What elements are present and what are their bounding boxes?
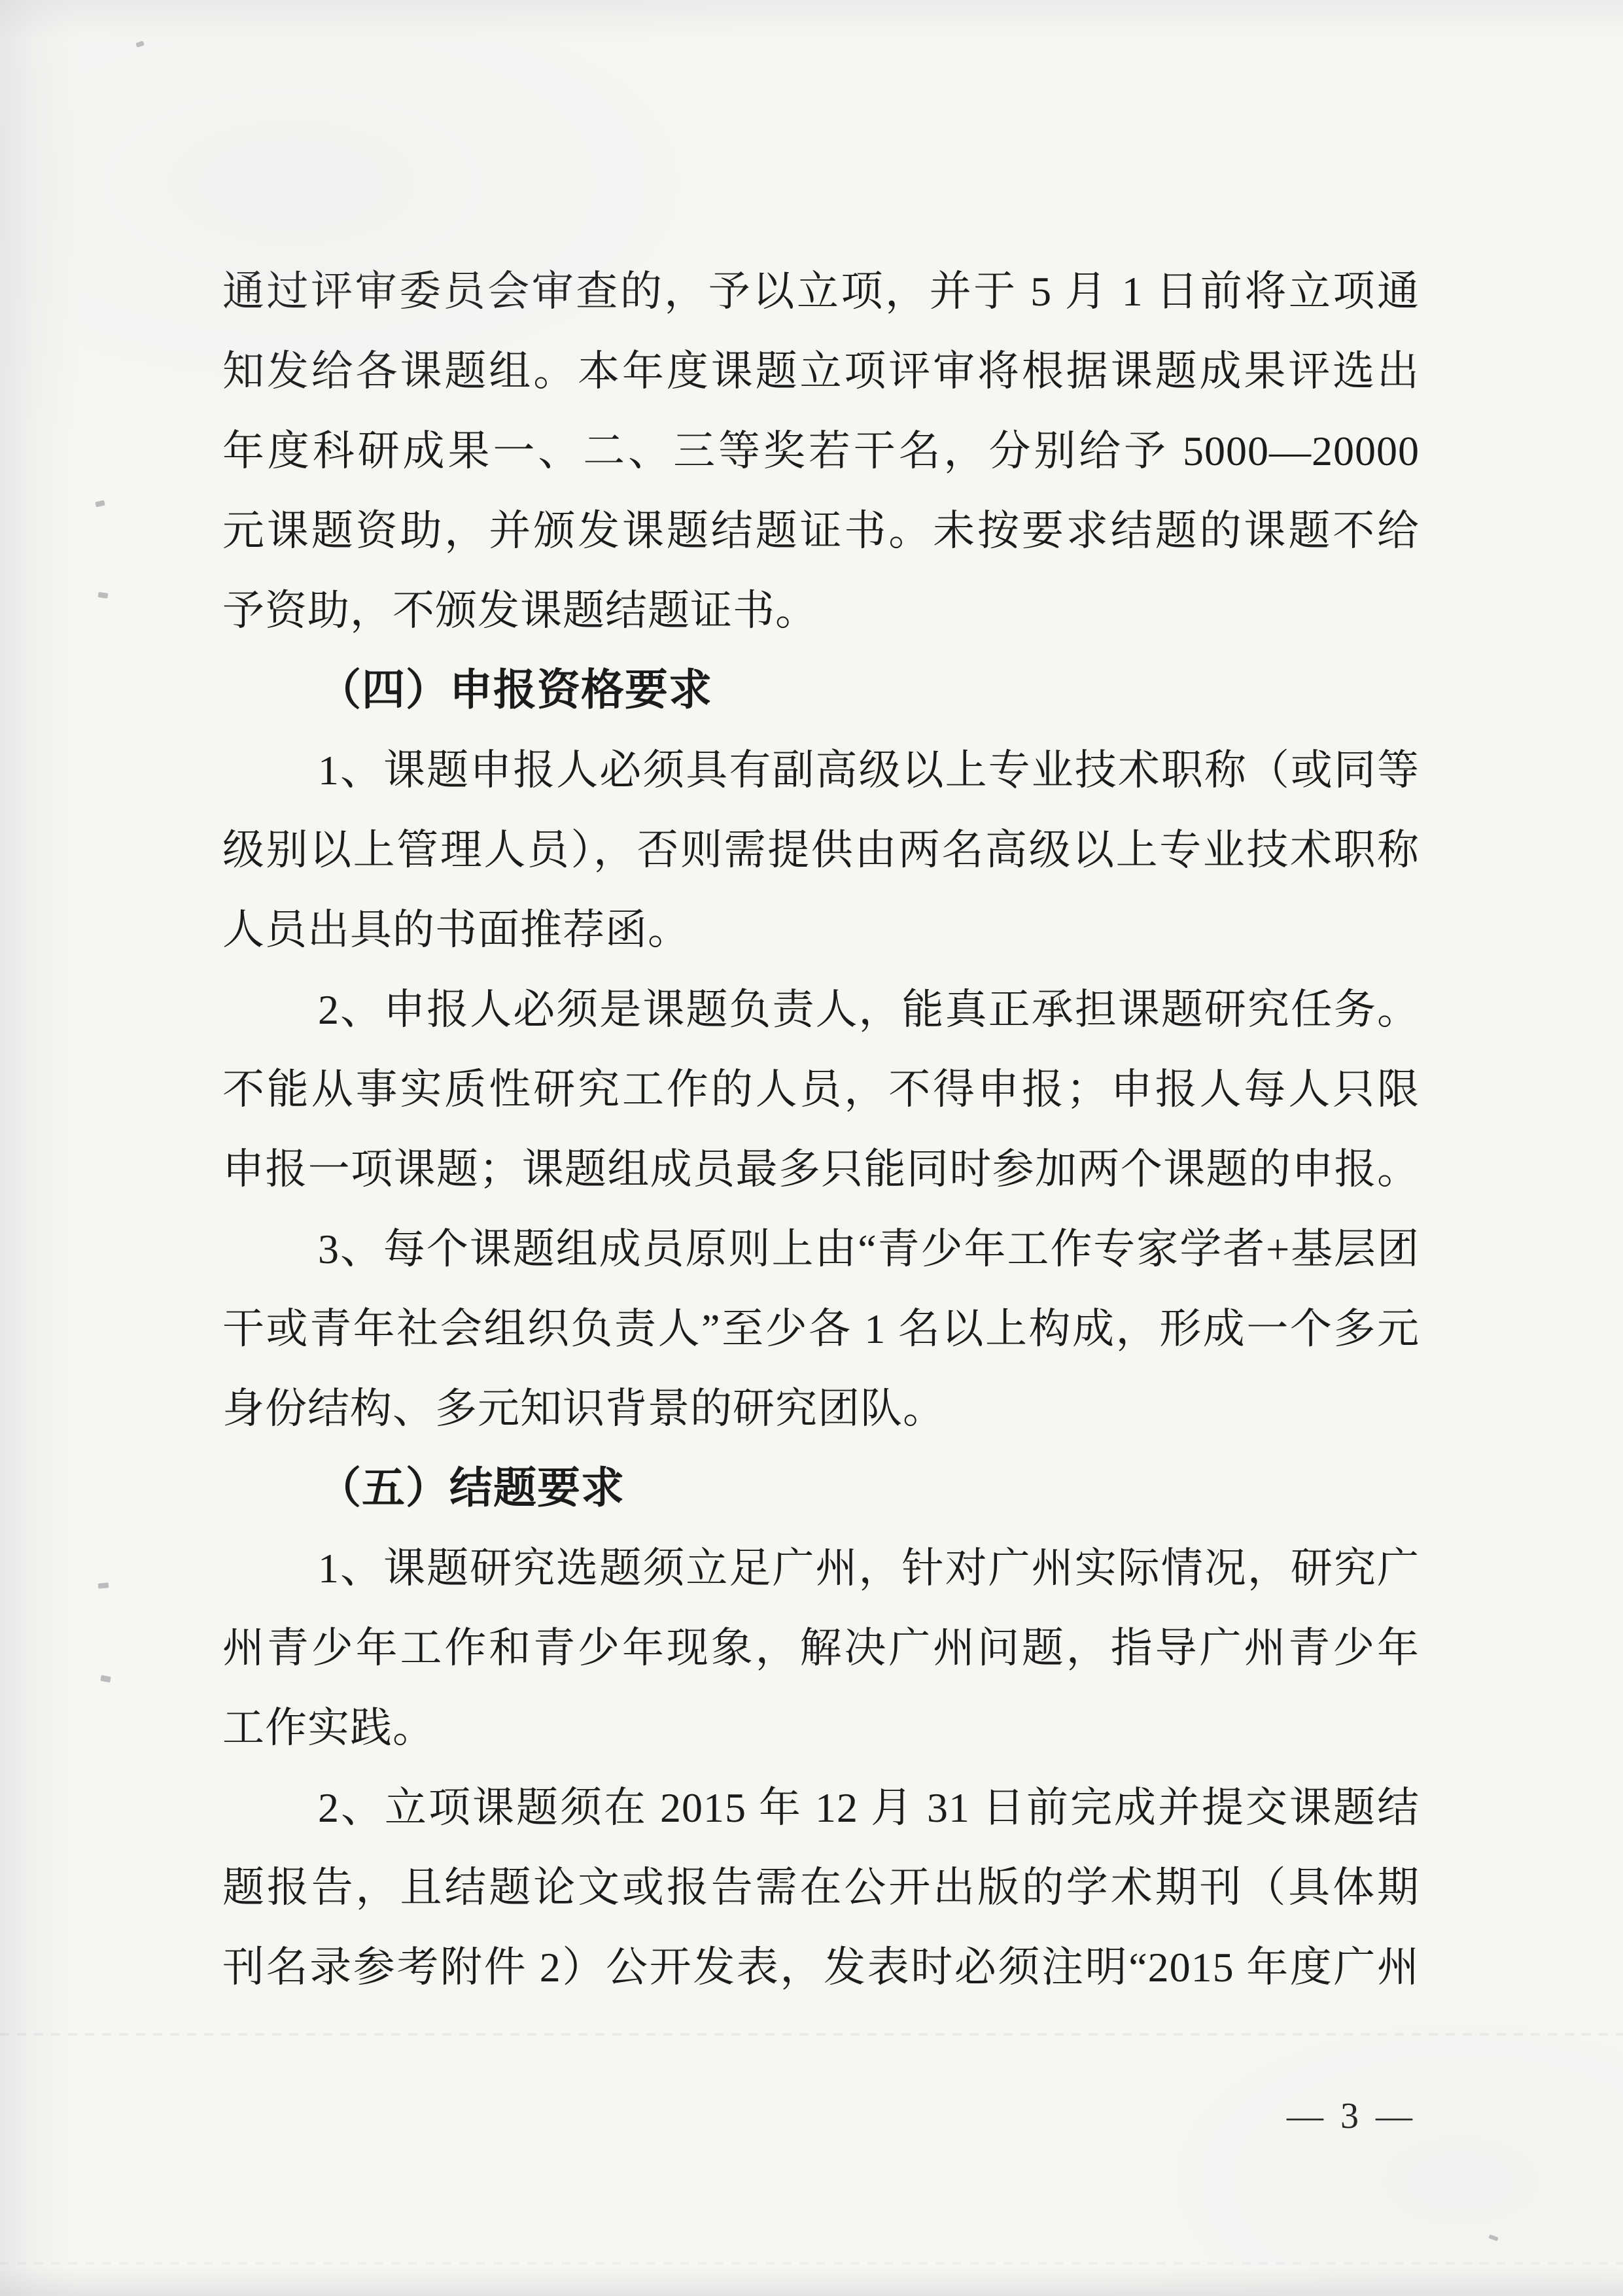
text-line: 元课题资助，并颁发课题结题证书。未按要求结题的课题不给 xyxy=(222,491,1420,571)
text-line: 级别以上管理人员），否则需提供由两名高级以上专业技术职称 xyxy=(222,810,1420,890)
text-line: 不能从事实质性研究工作的人员，不得申报；申报人每人只限 xyxy=(222,1050,1420,1130)
section-heading: （五）结题要求 xyxy=(222,1449,1420,1529)
text-line: 题报告，且结题论文或报告需在公开出版的学术期刊（具体期 xyxy=(222,1848,1420,1928)
text-line: （四）申报资格要求 xyxy=(222,651,1420,731)
scan-speck xyxy=(98,1582,109,1589)
text-line: 人员出具的书面推荐函。 xyxy=(222,890,1420,970)
text-line: 予资助，不颁发课题结题证书。 xyxy=(222,571,1420,651)
scan-speck xyxy=(100,1675,111,1682)
scan-speck xyxy=(95,500,105,508)
text-line: 2、立项课题须在 2015 年 12 月 31 日前完成并提交课题结 xyxy=(222,1768,1420,1848)
text-line: 2、申报人必须是课题负责人，能真正承担课题研究任务。 xyxy=(222,970,1420,1050)
document-body: 通过评审委员会审查的，予以立项，并于 5 月 1 日前将立项通知发给各课题组。本… xyxy=(222,252,1420,2008)
text-line: 1、课题申报人必须具有副高级以上专业技术职称（或同等 xyxy=(222,731,1420,810)
section-heading: （四）申报资格要求 xyxy=(222,651,1420,731)
text-line: 刊名录参考附件 2）公开发表，发表时必须注明“2015 年度广州 xyxy=(222,1928,1420,2008)
text-line: 申报一项课题；课题组成员最多只能同时参加两个课题的申报。 xyxy=(222,1130,1420,1209)
text-line: 通过评审委员会审查的，予以立项，并于 5 月 1 日前将立项通 xyxy=(222,252,1420,332)
paragraph: 1、课题研究选题须立足广州，针对广州实际情况，研究广州青少年工作和青少年现象，解… xyxy=(222,1529,1420,1768)
paragraph: 2、申报人必须是课题负责人，能真正承担课题研究任务。不能从事实质性研究工作的人员… xyxy=(222,970,1420,1209)
scan-speck xyxy=(1488,2235,1498,2241)
scan-streak xyxy=(0,2262,1623,2265)
paragraph: 1、课题申报人必须具有副高级以上专业技术职称（或同等级别以上管理人员），否则需提… xyxy=(222,731,1420,970)
page-number: — 3 — xyxy=(1287,2096,1416,2136)
text-line: 工作实践。 xyxy=(222,1688,1420,1768)
document-page: 通过评审委员会审查的，予以立项，并于 5 月 1 日前将立项通知发给各课题组。本… xyxy=(0,0,1623,2296)
text-line: 州青少年工作和青少年现象，解决广州问题，指导广州青少年 xyxy=(222,1609,1420,1688)
paragraph: 3、每个课题组成员原则上由“青少年工作专家学者+基层团干或青年社会组织负责人”至… xyxy=(222,1209,1420,1449)
scan-streak xyxy=(0,2033,1623,2036)
text-line: 3、每个课题组成员原则上由“青少年工作专家学者+基层团 xyxy=(222,1209,1420,1289)
paragraph: 通过评审委员会审查的，予以立项，并于 5 月 1 日前将立项通知发给各课题组。本… xyxy=(222,252,1420,651)
text-line: 身份结构、多元知识背景的研究团队。 xyxy=(222,1369,1420,1449)
scan-speck xyxy=(98,592,109,599)
text-line: 干或青年社会组织负责人”至少各 1 名以上构成，形成一个多元 xyxy=(222,1289,1420,1369)
scan-speck xyxy=(135,41,145,47)
text-line: （五）结题要求 xyxy=(222,1449,1420,1529)
text-line: 1、课题研究选题须立足广州，针对广州实际情况，研究广 xyxy=(222,1529,1420,1609)
paragraph: 2、立项课题须在 2015 年 12 月 31 日前完成并提交课题结题报告，且结… xyxy=(222,1768,1420,2008)
text-line: 年度科研成果一、二、三等奖若干名，分别给予 5000—20000 xyxy=(222,411,1420,491)
text-line: 知发给各课题组。本年度课题立项评审将根据课题成果评选出 xyxy=(222,332,1420,411)
